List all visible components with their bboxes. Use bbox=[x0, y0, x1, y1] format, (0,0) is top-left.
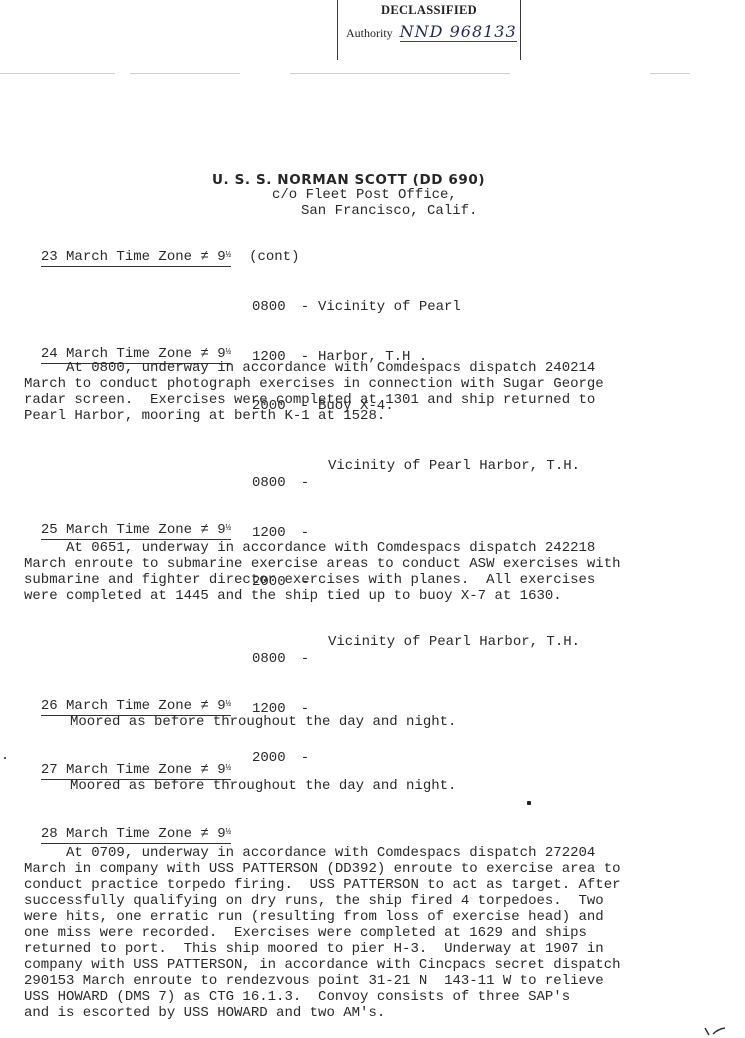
entry-heading-23-march: 23 March Time Zone ≠ 9½(cont) bbox=[24, 233, 299, 265]
scan-speck bbox=[4, 757, 6, 759]
entry-heading-24-march: 24 March Time Zone ≠ 9½ bbox=[24, 330, 231, 362]
stamp-authority: Authority NND 968133 bbox=[346, 22, 517, 42]
scan-noise-line bbox=[650, 73, 690, 74]
entry-text-26-march: Moored as before throughout the day and … bbox=[70, 714, 456, 730]
entry-text-24-march: At 0800, underway in accordance with Com… bbox=[24, 360, 724, 424]
position-row: 1200- bbox=[252, 525, 318, 542]
entry-heading-title: 23 March Time Zone ≠ 9½ bbox=[41, 249, 231, 267]
scan-noise-line bbox=[130, 73, 240, 74]
entry-text-28-march: At 0709, underway in accordance with Com… bbox=[24, 845, 724, 1021]
position-row: 0800- bbox=[252, 475, 318, 492]
entry-heading-27-march: 27 March Time Zone ≠ 9½ bbox=[24, 746, 231, 778]
address-line-1: c/o Fleet Post Office, bbox=[272, 187, 485, 203]
entry-text-25-march: At 0651, underway in accordance with Com… bbox=[24, 540, 724, 604]
entry-heading-title: 28 March Time Zone ≠ 9½ bbox=[41, 826, 231, 844]
scan-noise-line bbox=[290, 73, 510, 74]
position-row: 0800-Vicinity of Pearl bbox=[252, 299, 461, 316]
authority-label: Authority bbox=[346, 26, 393, 40]
scan-noise-line bbox=[0, 73, 115, 74]
scan-speck bbox=[527, 801, 531, 805]
continued-label: (cont) bbox=[249, 249, 299, 265]
position-row: 0800- bbox=[252, 651, 318, 668]
letterhead: U. S. S. NORMAN SCOTT (DD 690) c/o Fleet… bbox=[212, 172, 485, 219]
position-description: Vicinity of Pearl Harbor, T.H. bbox=[328, 458, 580, 475]
entry-heading-26-march: 26 March Time Zone ≠ 9½ bbox=[24, 682, 231, 714]
stamp-title: DECLASSIFIED bbox=[338, 3, 520, 18]
entry-heading-title: 25 March Time Zone ≠ 9½ bbox=[41, 522, 231, 540]
scan-scribble-mark bbox=[704, 1026, 726, 1036]
position-block-25-march: 0800- 1200- 2000- Vicinity of Pearl Harb… bbox=[252, 618, 318, 800]
ship-name: U. S. S. NORMAN SCOTT (DD 690) bbox=[212, 172, 485, 188]
entry-heading-28-march: 28 March Time Zone ≠ 9½ bbox=[24, 810, 231, 842]
position-description: Vicinity of Pearl Harbor, T.H. bbox=[328, 634, 580, 651]
entry-heading-25-march: 25 March Time Zone ≠ 9½ bbox=[24, 506, 231, 538]
entry-text-27-march: Moored as before throughout the day and … bbox=[70, 778, 456, 794]
declassified-stamp: DECLASSIFIED Authority NND 968133 bbox=[337, 0, 521, 60]
position-row: 2000- bbox=[252, 750, 318, 767]
address-line-2: San Francisco, Calif. bbox=[301, 203, 485, 219]
authority-value: NND 968133 bbox=[400, 22, 517, 42]
